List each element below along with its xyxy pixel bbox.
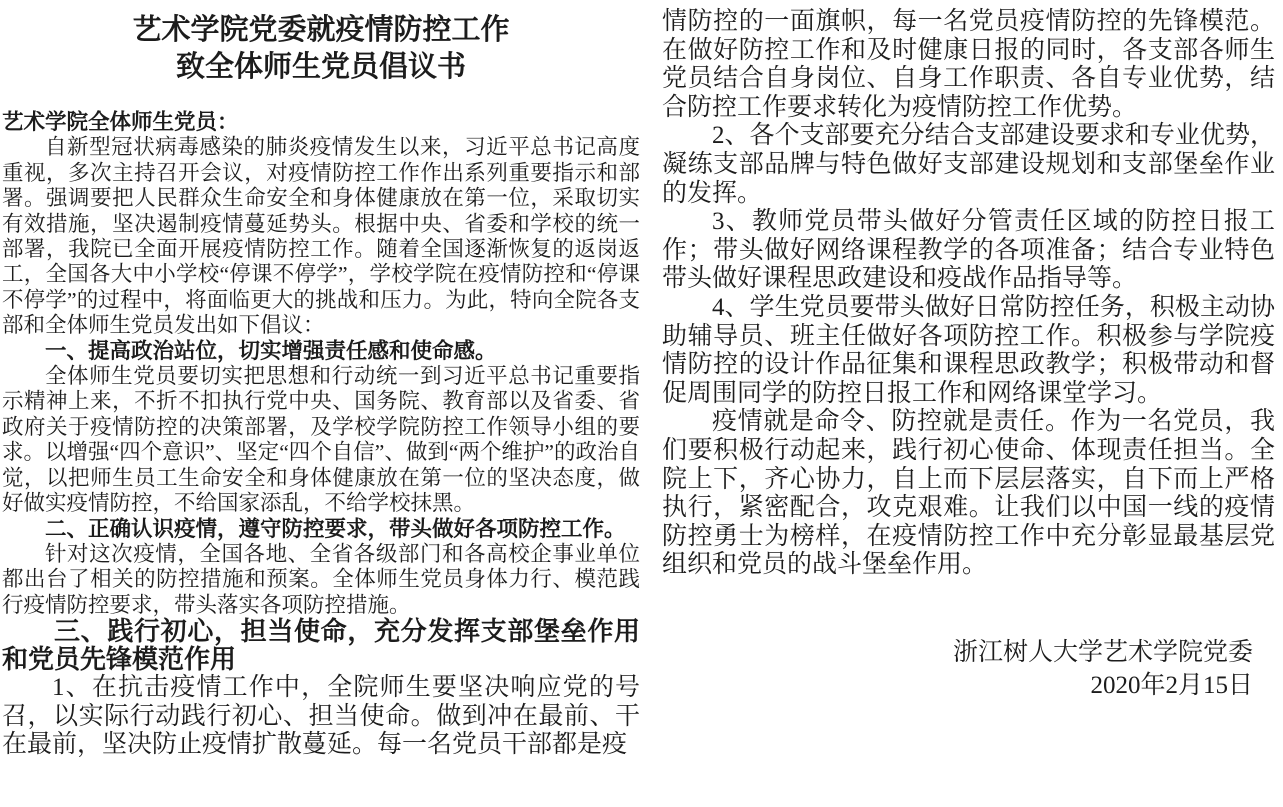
- left-column: 艺术学院党委就疫情防控工作 致全体师生党员倡议书 艺术学院全体师生党员： 自新型…: [0, 0, 648, 807]
- section-3-heading: 三、践行初心，担当使命，充分发挥支部堡垒作用和党员先锋模范作用: [2, 618, 640, 674]
- salutation: 艺术学院全体师生党员：: [2, 110, 640, 135]
- title-line-2: 致全体师生党员倡议书: [2, 49, 640, 86]
- intro-paragraph: 自新型冠状病毒感染的肺炎疫情发生以来，习近平总书记高度重视，多次主持召开会议，对…: [2, 135, 640, 338]
- section-3-item-1-continued: 情防控的一面旗帜，每一名党员疫情防控的先锋模范。在做好防控工作和及时健康日报的同…: [662, 8, 1275, 122]
- signature-block: 浙江树人大学艺术学院党委 2020年2月15日: [662, 636, 1275, 702]
- section-3-item-1: 1、在抗击疫情工作中，全院师生要坚决响应党的号召，以实际行动践行初心、担当使命。…: [2, 674, 640, 760]
- closing-paragraph: 疫情就是命令、防控就是责任。作为一名党员，我们要积极行动起来，践行初心使命、体现…: [662, 408, 1275, 580]
- section-2-paragraph: 针对这次疫情，全国各地、全省各级部门和各高校企事业单位都出台了相关的防控措施和预…: [2, 542, 640, 618]
- document-page: 艺术学院党委就疫情防控工作 致全体师生党员倡议书 艺术学院全体师生党员： 自新型…: [0, 0, 1283, 807]
- section-1-heading: 一、提高政治站位，切实增强责任感和使命感。: [2, 339, 640, 364]
- section-3-item-3: 3、教师党员带头做好分管责任区域的防控日报工作；带头做好网络课程教学的各项准备；…: [662, 208, 1275, 294]
- section-3-item-4: 4、学生党员要带头做好日常防控任务，积极主动协助辅导员、班主任做好各项防控工作。…: [662, 294, 1275, 408]
- date: 2020年2月15日: [662, 669, 1253, 702]
- section-1-paragraph: 全体师生党员要切实把思想和行动统一到习近平总书记重要指示精神上来，不折不扣执行党…: [2, 364, 640, 516]
- section-3-item-2: 2、各个支部要充分结合支部建设要求和专业优势，凝练支部品牌与特色做好支部建设规划…: [662, 122, 1275, 208]
- title-line-1: 艺术学院党委就疫情防控工作: [2, 12, 640, 49]
- right-column: 情防控的一面旗帜，每一名党员疫情防控的先锋模范。在做好防控工作和及时健康日报的同…: [648, 0, 1283, 807]
- signature: 浙江树人大学艺术学院党委: [662, 636, 1253, 669]
- document-title: 艺术学院党委就疫情防控工作 致全体师生党员倡议书: [2, 12, 640, 86]
- section-2-heading: 二、正确认识疫情，遵守防控要求，带头做好各项防控工作。: [2, 517, 640, 542]
